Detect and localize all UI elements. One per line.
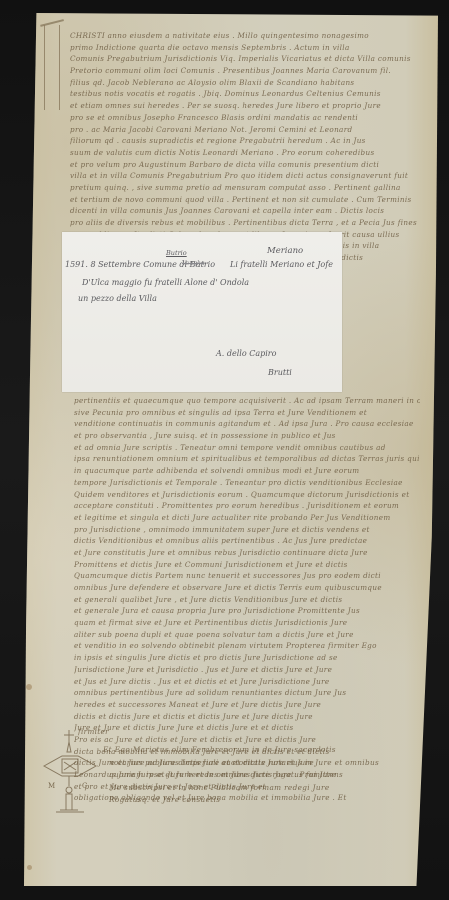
text-line: Promittens et dictis Jure et Communi Jur… (74, 559, 420, 571)
archival-note-slip: Meriano 1591. 8 Settembre Comune di Butr… (62, 232, 342, 392)
note-struck-word: Vougha (182, 260, 205, 267)
text-line: filiorum qd . causis supradictis et regi… (70, 135, 422, 147)
notary-signum-icon: M C (40, 730, 100, 820)
text-line: quam et firmat sive et Jure et Pertinent… (74, 617, 420, 629)
text-line: tempore Jurisdictionis et Temporale . Te… (74, 477, 420, 489)
text-line: in ipsis et singulis Jure dictis et pro … (74, 652, 420, 664)
text-line: filius qd. Jacob Neblerano ac Aloysio ol… (70, 77, 422, 89)
text-line: et pro observantia , Jure suisq. et in p… (74, 430, 420, 442)
text-line: in quacumque parte adhibenda et solvendi… (74, 465, 420, 477)
deed-body-upper: CHRISTI anno eiusdem a nativitate eius .… (70, 30, 422, 264)
text-line: pretium quinq. , sive summa pretio ad me… (70, 182, 422, 194)
notary-subscription: Et Ego Mariotus olim Ferabrenorum in de … (103, 744, 423, 807)
note-signature-2: Brutti (268, 368, 292, 377)
text-line: dictis et dictis Jure et dictis et dicti… (74, 711, 420, 723)
note-line-3: un pezzo della Villa (78, 294, 157, 303)
text-line: Pretorio communi olim loci Comunis . Pre… (70, 65, 422, 77)
text-line: Quidem venditores et Jurisdictionis eoru… (74, 489, 420, 501)
subscription-line: Me subscripsi et in hanc Publicam formam… (103, 782, 423, 795)
text-line: acceptare constituti . Promittentes pro … (74, 500, 420, 512)
svg-text:M: M (48, 782, 55, 790)
text-line: et generali qualibet Jure , et Jure dict… (74, 594, 420, 606)
subscription-line: quoniam ipse et Jure et in omnibus Jure … (103, 769, 423, 782)
text-line: ipsa renuntiationem omnium et spirituali… (74, 453, 420, 465)
stain (26, 684, 32, 690)
text-line: sive Pecunia pro omnibus et singulis ad … (74, 407, 420, 419)
subscription-line: Et Ego Mariotus olim Ferabrenorum in de … (103, 744, 423, 757)
text-line: suum de valutis cum dictis Notis Leonard… (70, 147, 422, 159)
text-line: Comunis Pregabutrium Jurisdictionis Viq.… (70, 53, 422, 65)
text-line: et ad omnia Jure scriptis . Teneatur omn… (74, 442, 420, 454)
text-line: Quamcumque dictis Partem nunc tenuerit e… (74, 570, 420, 582)
illuminated-initial-I (44, 25, 60, 110)
stain (27, 865, 32, 870)
text-line: pro aliis de diversis rebus et mobilibus… (70, 217, 422, 229)
note-signature-1: A. dello Capiro (216, 349, 276, 358)
note-annotation-above: Meriano (267, 246, 303, 256)
text-line: Jure et Jure et dictis Jure Jure et dict… (74, 722, 420, 734)
text-line: dicenti in villa comunis Jus Joannes Car… (70, 205, 422, 217)
text-line: omnibus pertinentibus Jure ad solidum re… (74, 687, 420, 699)
note-line-1-cont: Li fratelli Meriano et Jofe (230, 260, 333, 269)
text-line: et pro velum pro Augustinum Barbaro de d… (70, 159, 422, 171)
subscription-line: Rogatusq. et Jure consuetis (103, 794, 423, 807)
text-line: testibus notis vocatis et rogatis . Jbiq… (70, 88, 422, 100)
text-line: aliter sub poena dupli et quae poena sol… (74, 629, 420, 641)
text-line: venditione continuatis in communis agita… (74, 418, 420, 430)
note-line-2: D'Ulca maggio fu fratelli Alone d' Ondol… (82, 278, 249, 287)
text-line: heredes et successores Maneat et Jure et… (74, 699, 420, 711)
text-line: pertinentiis et quaecumque quo tempore a… (74, 395, 420, 407)
text-line: villa et in villa Comunis Pregabutrium P… (70, 170, 422, 182)
text-line: pro Jurisdictione , omnimodo immunitatem… (74, 524, 420, 536)
text-line: CHRISTI anno eiusdem a nativitate eius .… (70, 30, 422, 42)
text-line: et venditio in eo solvendo obtinebit ple… (74, 640, 420, 652)
text-line: et Jus et Jure dictis . Jus et et dictis… (74, 676, 420, 688)
notary-signum: M C (40, 730, 100, 820)
text-line: et legitime et singula et dicti Jure act… (74, 512, 420, 524)
text-line: et generale Jura et causa propria Jure p… (74, 605, 420, 617)
text-line: pro . ac Maria Jacobi Carovani Meriano N… (70, 124, 422, 136)
deed-body-lower: pertinentiis et quaecumque quo tempore a… (74, 395, 420, 804)
subscription-line: notarius publicus Imperiali auctoritate … (103, 757, 423, 770)
text-line: Jurisdictione Jure et Jurisdictio . Jus … (74, 664, 420, 676)
text-line: omnibus Jure defendere et observare Jure… (74, 582, 420, 594)
text-line: dictis Venditionibus et omnibus aliis pe… (74, 535, 420, 547)
svg-text:C: C (82, 782, 87, 790)
note-correction: Butrio (166, 249, 187, 257)
text-line: et tertium de novo communi quod villa . … (70, 194, 422, 206)
text-line: pro se et omnibus Josepho Francesco Blas… (70, 112, 422, 124)
text-line: primo Indictione quarta die octavo mensi… (70, 42, 422, 54)
text-line: et Jure constitutis Jure et omnibus rebu… (74, 547, 420, 559)
text-line: et etiam omnes sui heredes . Per se suos… (70, 100, 422, 112)
